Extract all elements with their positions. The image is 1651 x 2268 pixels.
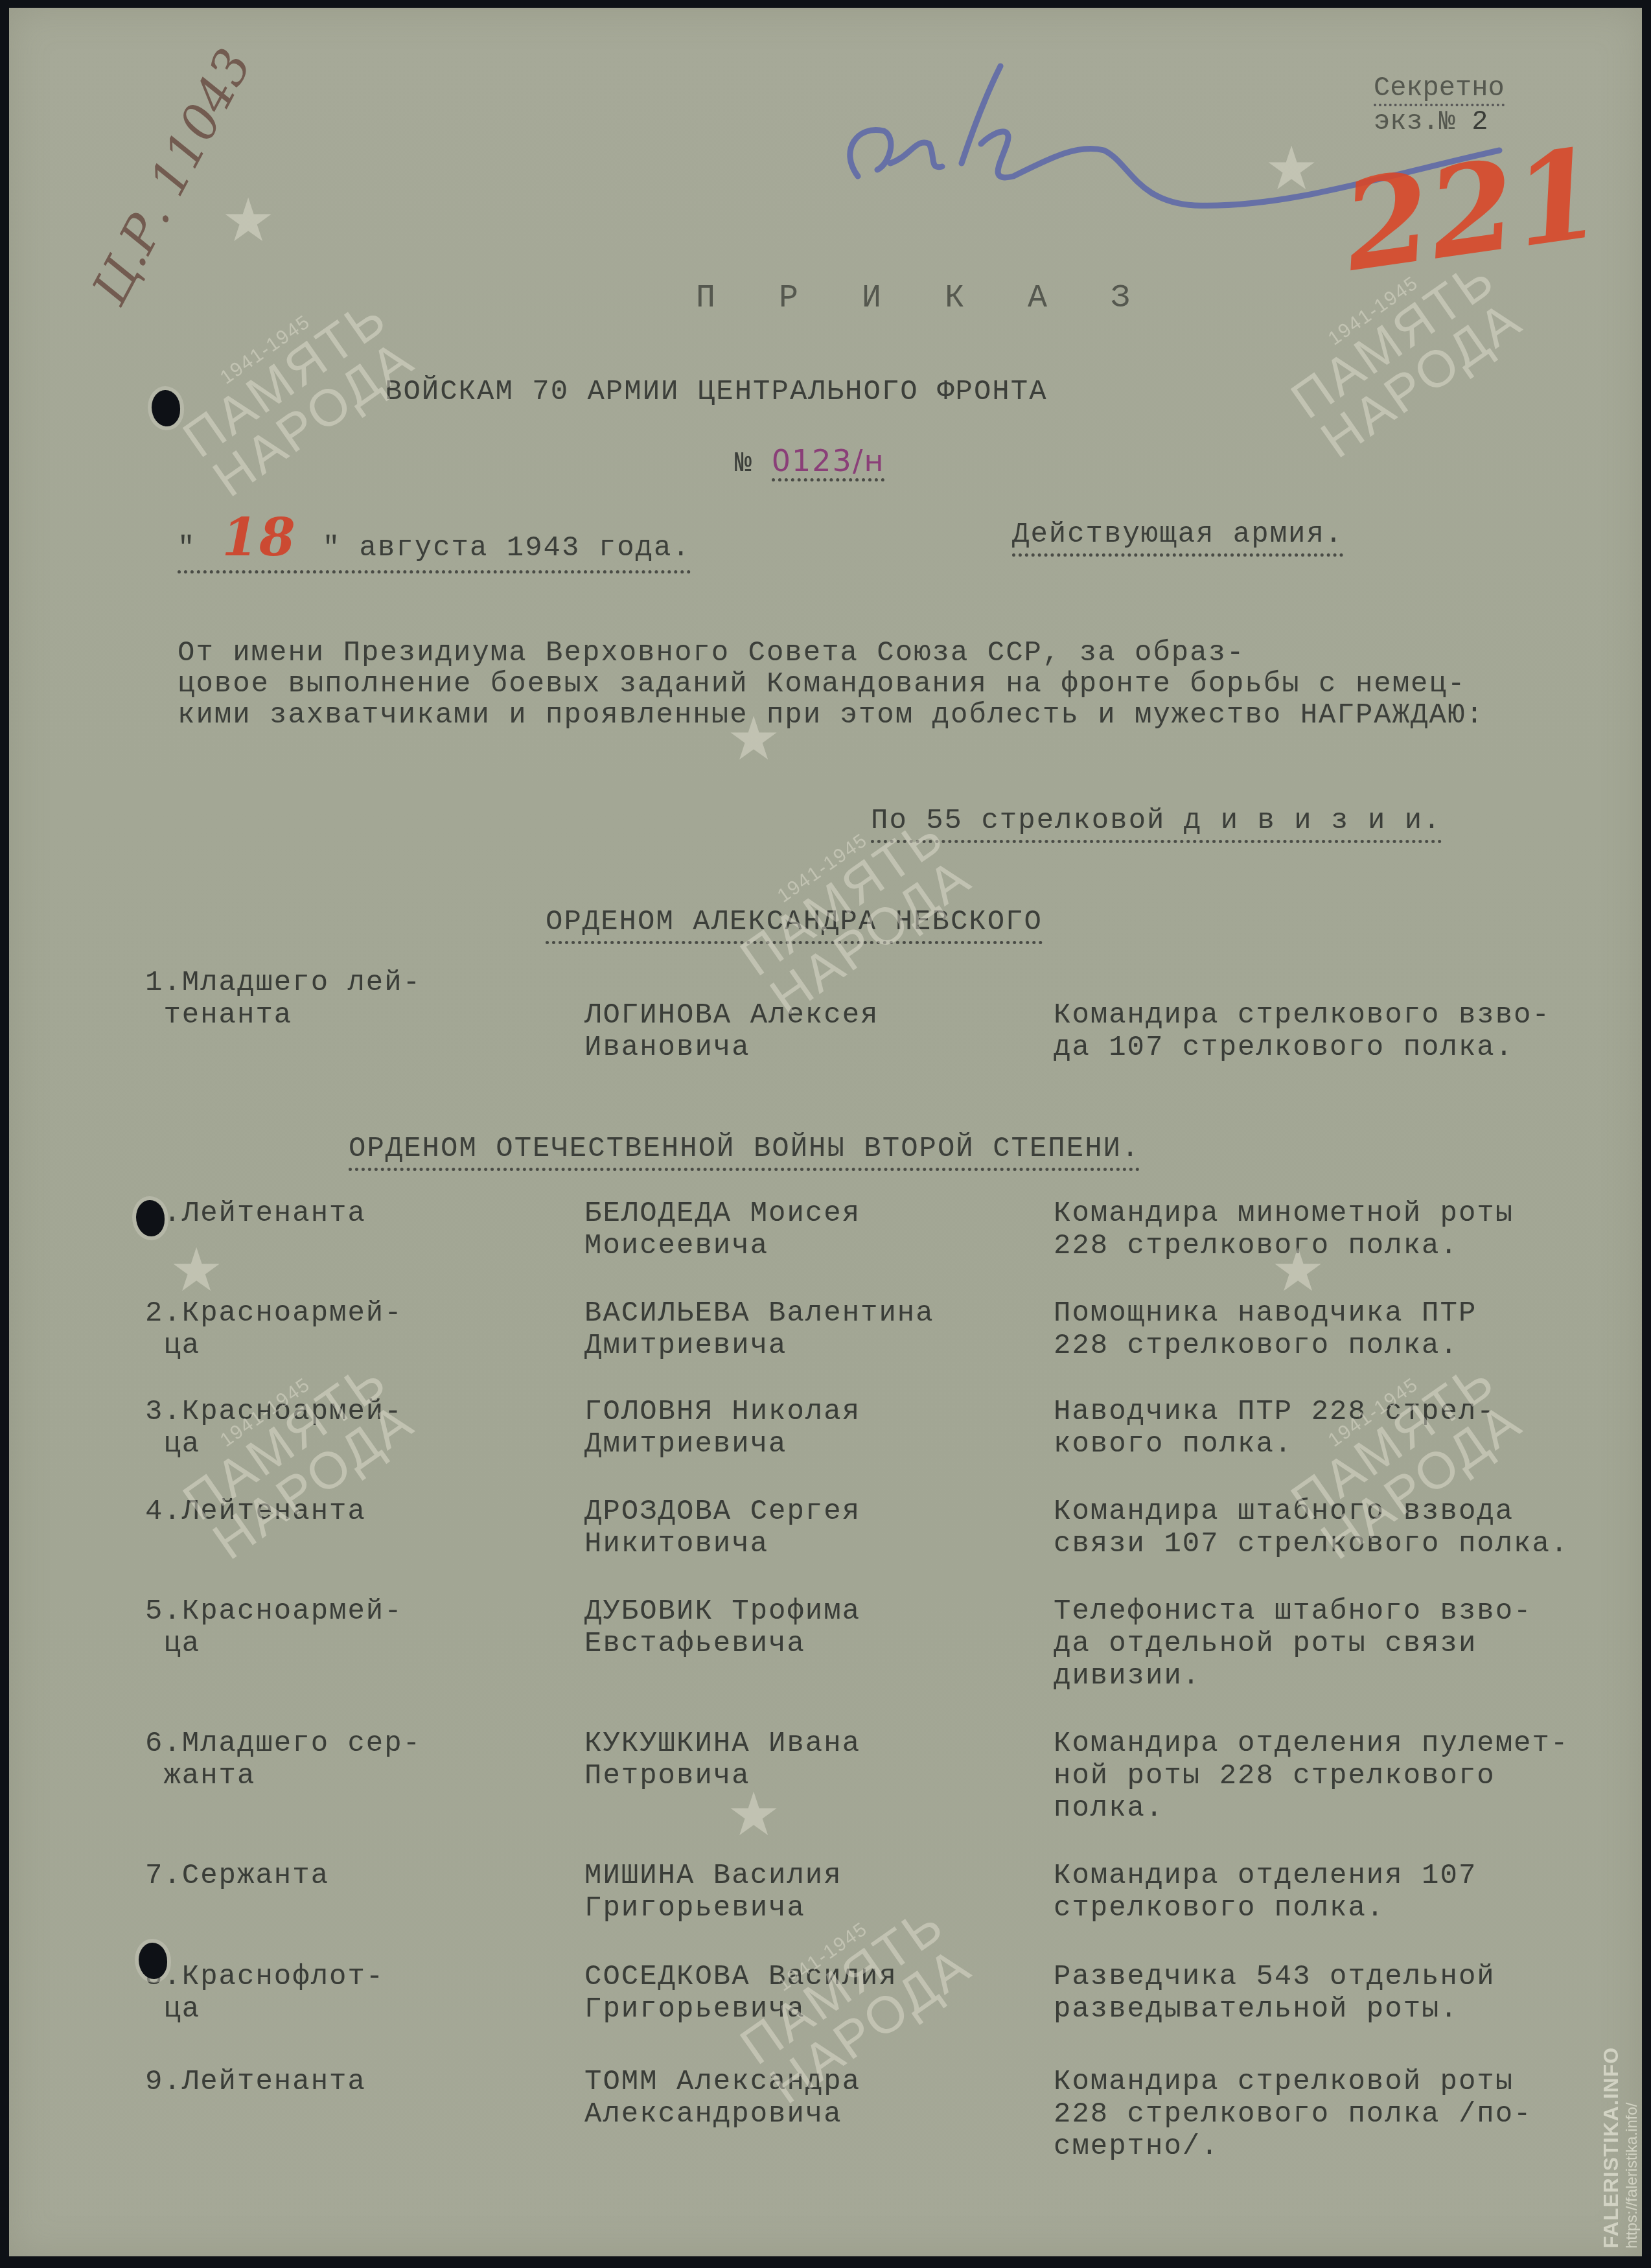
order-number: № 0123/н bbox=[735, 443, 884, 480]
site-url: https://faleristika.info/ bbox=[1623, 2047, 1641, 2249]
order-date: "18" августа 1943 года. bbox=[178, 507, 691, 573]
recipient-position: Командира стрелковой роты 228 стрелковог… bbox=[1054, 2066, 1532, 2163]
division-heading: По 55 стрелковой д и в и з и и. bbox=[871, 805, 1442, 843]
punch-hole bbox=[136, 1200, 165, 1236]
watermark-star-icon: ★ bbox=[1273, 1213, 1323, 1317]
date-month-year: августа 1943 года. bbox=[360, 532, 691, 564]
recipient-name: ДРОЗДОВА Сергея Никитовича bbox=[584, 1496, 860, 1560]
award-heading-patriotic-war-2: ОРДЕНОМ ОТЕЧЕСТВЕННОЙ ВОЙНЫ ВТОРОЙ СТЕПЕ… bbox=[349, 1133, 1140, 1171]
secrecy-label: Секретно экз.№ 2 bbox=[1374, 73, 1505, 137]
recipient-name: ВАСИЛЬЕВА Валентина Дмитриевича bbox=[584, 1297, 934, 1362]
number-sign: № bbox=[735, 448, 753, 480]
punch-hole bbox=[139, 1943, 167, 1979]
recipient-name: ГОЛОВНЯ Николая Дмитриевича bbox=[584, 1396, 860, 1461]
recipient-rank: 6.Младшего сер- жанта bbox=[145, 1728, 421, 1792]
secret-text: Секретно bbox=[1374, 73, 1505, 106]
watermark-star-icon: ★ bbox=[728, 1757, 779, 1862]
document-subtitle: ВОЙСКАМ 70 АРМИИ ЦЕНТРАЛЬНОГО ФРОНТА bbox=[385, 376, 1048, 408]
document-page: Ц.Р. 11043 Секретно экз.№ 2 221 П Р И К … bbox=[9, 8, 1642, 2256]
recipient-rank: 1.Младшего лей- тенанта bbox=[145, 967, 421, 1032]
quote-close: " bbox=[323, 532, 341, 564]
site-name: FALERISTIKA.INFO bbox=[1599, 2047, 1622, 2249]
copy-number: 2 bbox=[1472, 106, 1488, 137]
recipient-position: Помощника наводчика ПТР 228 стрелкового … bbox=[1054, 1297, 1477, 1362]
order-number-value: 0123/н bbox=[772, 443, 885, 481]
quote-open: " bbox=[178, 532, 196, 564]
place-of-issue: Действующая армия. bbox=[1012, 518, 1343, 557]
recipient-name: БЕЛОДЕДА Моисея Моисеевича bbox=[584, 1198, 860, 1262]
recipient-rank: 8.Краснофлот- ца bbox=[145, 1961, 384, 2026]
watermark-star-icon: ★ bbox=[223, 163, 273, 268]
document-title: П Р И К А З bbox=[696, 280, 1152, 317]
recipient-position: Командира отделения пулемет- ной роты 22… bbox=[1054, 1728, 1569, 1825]
recipient-name: КУКУШКИНА Ивана Петровича bbox=[584, 1728, 860, 1792]
date-day: 18 bbox=[222, 507, 296, 568]
recipient-name: ДУБОВИК Трофима Евстафьевича bbox=[584, 1595, 860, 1660]
copy-label: экз.№ bbox=[1374, 106, 1455, 137]
recipient-position: Телефониста штабного взво- да отдельной … bbox=[1054, 1595, 1532, 1693]
recipient-rank: 5.Красноармей- ца bbox=[145, 1595, 403, 1660]
preamble-text: От имени Президиума Верховного Совета Со… bbox=[178, 638, 1484, 731]
recipient-rank: 9.Лейтенанта bbox=[145, 2066, 366, 2098]
recipient-position: Командира отделения 107 стрелкового полк… bbox=[1054, 1860, 1477, 1925]
watermark-star-icon: ★ bbox=[728, 682, 779, 786]
recipient-name: ЛОГИНОВА Алексея Ивановича bbox=[584, 999, 879, 1064]
recipient-rank: 7.Сержанта bbox=[145, 1860, 329, 1892]
watermark-memory-of-people: 1941-1945ПАМЯТЬНАРОДА bbox=[165, 1338, 423, 1568]
watermark-memory-of-people: 1941-1945ПАМЯТЬНАРОДА bbox=[165, 275, 423, 505]
watermark-star-icon: ★ bbox=[171, 1213, 222, 1317]
faleristika-watermark: FALERISTIKA.INFO https://faleristika.inf… bbox=[1599, 2047, 1641, 2249]
recipient-position: Разведчика 543 отдельной разведывательно… bbox=[1054, 1961, 1495, 2026]
recipient-position: Командира стрелкового взво- да 107 стрел… bbox=[1054, 999, 1551, 1064]
watermark-star-icon: ★ bbox=[1266, 111, 1317, 216]
recipient-name: МИШИНА Василия Григорьевича bbox=[584, 1860, 842, 1925]
